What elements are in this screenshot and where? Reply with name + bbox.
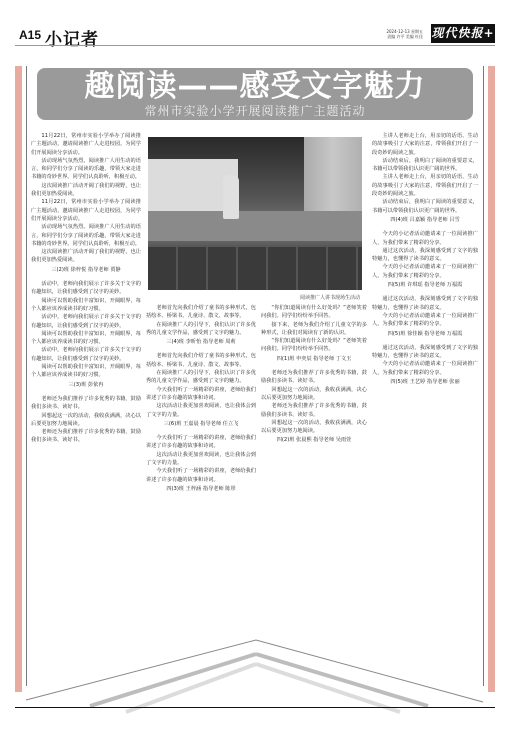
paragraph: 阅读可以帮助我们丰富知识，开阔眼界，每个人都应该养成读书的好习惯。 xyxy=(31,297,141,314)
page-number: A15 xyxy=(19,28,41,42)
author-credit: 三(2)班 徐梓悦 指导老师 贾静 xyxy=(31,266,141,274)
article-column-3: “你们知道阅读有什么好处吗？”老师笑着问我们。同学们纷纷举手回答。 接下来，老师… xyxy=(261,304,367,687)
paragraph: 老师首先向我们介绍了童书的多种形式，包括绘本、桥梁书、儿童诗、散文、故事等。 xyxy=(146,352,256,369)
paragraph: 活动现场气氛热烈。阅读推广人用生动的语言，和同学们分享了阅读的乐趣，带领大家走进… xyxy=(31,157,141,182)
paragraph: 活动结束后，我明白了阅读的重要意义，书籍可以带领我们认识更广阔的世界。 xyxy=(372,198,478,215)
paragraph: 在阅读推广人的引导下，我们认识了许多优秀的儿童文学作品，感受到了文字的魅力。 xyxy=(146,321,256,338)
author-credit: 四(3)班 王梓涵 指导老师 陈彤 xyxy=(146,485,256,493)
paragraph: 11月22日，常州市实验小学举办了阅读推广主题活动，邀请阅读推广人走进校园，为同… xyxy=(31,132,141,157)
dateline: 2024-12-13 星期五 责编 许平 美编 杜佳 xyxy=(386,29,423,39)
paragraph: 接下来，老师为我们介绍了儿童文学的多种形式，让我们对阅读有了新的认识。 xyxy=(261,321,367,338)
paragraph: “你们知道阅读有什么好处吗？”老师笑着问我们。同学们纷纷举手回答。 xyxy=(261,337,367,354)
paragraph: 主讲人老师走上台，用亲切的话语、生动的故事吸引了大家的注意，带领我们开启了一段奇… xyxy=(372,132,478,157)
headline-title: 趣阅读——感受文字魅力 xyxy=(37,70,473,104)
paragraph: 11月22日，常州市实验小学举办了阅读推广主题活动，邀请阅读推广人走进校园，为同… xyxy=(31,198,141,223)
dateline-editors: 责编 许平 美编 杜佳 xyxy=(386,34,423,39)
paragraph: 主讲人老师走上台，用亲切的话语、生动的故事吸引了大家的注意，带领我们开启了一段奇… xyxy=(372,173,478,198)
left-border-strip xyxy=(15,66,22,692)
paragraph: 通过这次活动，我深刻感受到了文字的独特魅力，也懂得了读书的意义。 xyxy=(372,247,478,264)
author-credit: 四(1)班 申奕辰 指导老师 丁文玉 xyxy=(261,355,367,363)
paragraph: 活动结束后，我明白了阅读的重要意义，书籍可以带领我们认识更广阔的世界。 xyxy=(372,157,478,174)
paragraph: 活动中，老师向我们展示了许多关于文字的有趣知识，让我们感受到了汉字的美妙。 xyxy=(31,313,141,330)
right-border-strip xyxy=(488,66,495,692)
left-frame-line xyxy=(26,66,27,686)
author-credit: 三(4)班 李昕怡 指导老师 周莉 xyxy=(146,338,256,346)
event-photo xyxy=(148,137,362,290)
brand-logo: 现代快报+ xyxy=(431,24,495,43)
paragraph: 这次活动让我更加喜欢阅读，也让我体会到了文字的力量。 xyxy=(146,451,256,468)
author-credit: 四(5)班 许琪瑶 指导老师 万福霞 xyxy=(372,281,478,289)
author-credit: 四(4)班 吕嘉颖 指导老师 吕雪 xyxy=(372,216,478,224)
paragraph: 今天的小记者活动邀请来了一位阅读推广人，为我们带来了精彩的分享。 xyxy=(372,360,478,377)
stage xyxy=(148,211,362,241)
paragraph: 今天我们听了一场精彩的讲座，老师给我们讲述了许多有趣的故事和诗词。 xyxy=(146,386,256,403)
paragraph: “你们知道阅读有什么好处吗？”老师笑着问我们。同学们纷纷举手回答。 xyxy=(261,304,367,321)
paragraph: 阅读可以帮助我们丰富知识，开阔眼界，每个人都应该养成读书的好习惯。 xyxy=(31,330,141,347)
paragraph: 今天我们听了一场精彩的讲座，老师给我们讲述了许多有趣的故事和诗词。 xyxy=(146,467,256,484)
paragraph: 今天的小记者活动邀请来了一位阅读推广人，为我们带来了精彩的分享。 xyxy=(372,230,478,247)
author-credit: 四(2)班 张晨熙 指导老师 吴雨萱 xyxy=(261,436,367,444)
paragraph: 回想起这一次的活动，我收获满满，决心以后要更加努力地阅读。 xyxy=(31,412,141,429)
paragraph: 活动现场气氛热烈。阅读推广人用生动的语言，和同学们分享了阅读的乐趣，带领大家走进… xyxy=(31,223,141,248)
paragraph: 这次活动让我更加喜欢阅读，也让我体会到了文字的力量。 xyxy=(146,402,256,419)
paragraph: 老师还为我们推荐了许多优秀的书籍，鼓励我们多读书、读好书。 xyxy=(261,369,367,386)
paragraph: 阅读可以帮助我们丰富知识，开阔眼界，每个人都应该养成读书的好习惯。 xyxy=(31,363,141,380)
paragraph: 这次阅读推广活动开阔了我们的视野，也让我们更加热爱阅读。 xyxy=(31,248,141,265)
paragraph: 老师还为我们推荐了许多优秀的书籍，鼓励我们多读书、读好书。 xyxy=(31,428,141,445)
paragraph: 老师首先向我们介绍了童书的多种形式，包括绘本、桥梁书、儿童诗、散文、故事等。 xyxy=(146,304,256,321)
right-frame-line xyxy=(483,66,484,686)
article-column-1: 11月22日，常州市实验小学举办了阅读推广主题活动，邀请阅读推广人走进校园，为同… xyxy=(31,132,141,687)
paragraph: 回想起这一次的活动，我收获满满，决心以后要更加努力地阅读。 xyxy=(261,419,367,436)
photo-caption: 阅读推广人讲书现场生活动 xyxy=(250,294,360,301)
author-credit: 三(6)班 王嘉晨 指导老师 任立飞 xyxy=(146,420,256,428)
footer-rule xyxy=(15,707,495,708)
article-column-4: 主讲人老师走上台，用亲切的话语、生动的故事吸引了大家的注意，带领我们开启了一段奇… xyxy=(372,132,478,687)
author-credit: 四(5)班 王艺婷 指导老师 张丽 xyxy=(372,378,478,386)
paragraph: 老师还为我们推荐了许多优秀的书籍，鼓励我们多读书、读好书。 xyxy=(261,402,367,419)
paragraph: 通过这次活动，我深刻感受到了文字的独特魅力，也懂得了读书的意义。 xyxy=(372,295,478,312)
paragraph: 老师还为我们推荐了许多优秀的书籍，鼓励我们多读书、读好书。 xyxy=(31,395,141,412)
headline-subtitle: 常州市实验小学开展阅读推广主题活动 xyxy=(37,104,473,118)
author-credit: 三(3)班 彭依冉 xyxy=(31,381,141,389)
header-rule xyxy=(15,45,495,46)
paragraph: 活动中，老师向我们展示了许多关于文字的有趣知识，让我们感受到了汉字的美妙。 xyxy=(31,280,141,297)
speaker-figure xyxy=(223,175,239,219)
paragraph: 在阅读推广人的引导下，我们认识了许多优秀的儿童文学作品，感受到了文字的魅力。 xyxy=(146,369,256,386)
headline-banner: 趣阅读——感受文字魅力 常州市实验小学开展阅读推广主题活动 xyxy=(37,68,473,120)
paragraph: 通过这次活动，我深刻感受到了文字的独特魅力，也懂得了读书的意义。 xyxy=(372,344,478,361)
section-title: 小记者 xyxy=(45,25,99,50)
article-column-2: 老师首先向我们介绍了童书的多种形式，包括绘本、桥梁书、儿童诗、散文、故事等。 在… xyxy=(146,304,256,687)
paragraph: 这次阅读推广活动开阔了我们的视野，也让我们更加热爱阅读。 xyxy=(31,182,141,199)
author-credit: 四(5)班 徐佳颖 指导老师 万福霞 xyxy=(372,330,478,338)
paragraph: 今天我们听了一场精彩的讲座，老师给我们讲述了许多有趣的故事和诗词。 xyxy=(146,434,256,451)
audience-seats xyxy=(148,247,362,290)
paragraph: 活动中，老师向我们展示了许多关于文字的有趣知识，让我们感受到了汉字的美妙。 xyxy=(31,346,141,363)
page-header: A15 小记者 2024-12-13 星期五 责编 许平 美编 杜佳 现代快报+ xyxy=(15,24,495,44)
paragraph: 回想起这一次的活动，我收获满满，决心以后要更加努力地阅读。 xyxy=(261,386,367,403)
paragraph: 今天的小记者活动邀请来了一位阅读推广人，为我们带来了精彩的分享。 xyxy=(372,312,478,329)
paragraph: 今天的小记者活动邀请来了一位阅读推广人，为我们带来了精彩的分享。 xyxy=(372,263,478,280)
